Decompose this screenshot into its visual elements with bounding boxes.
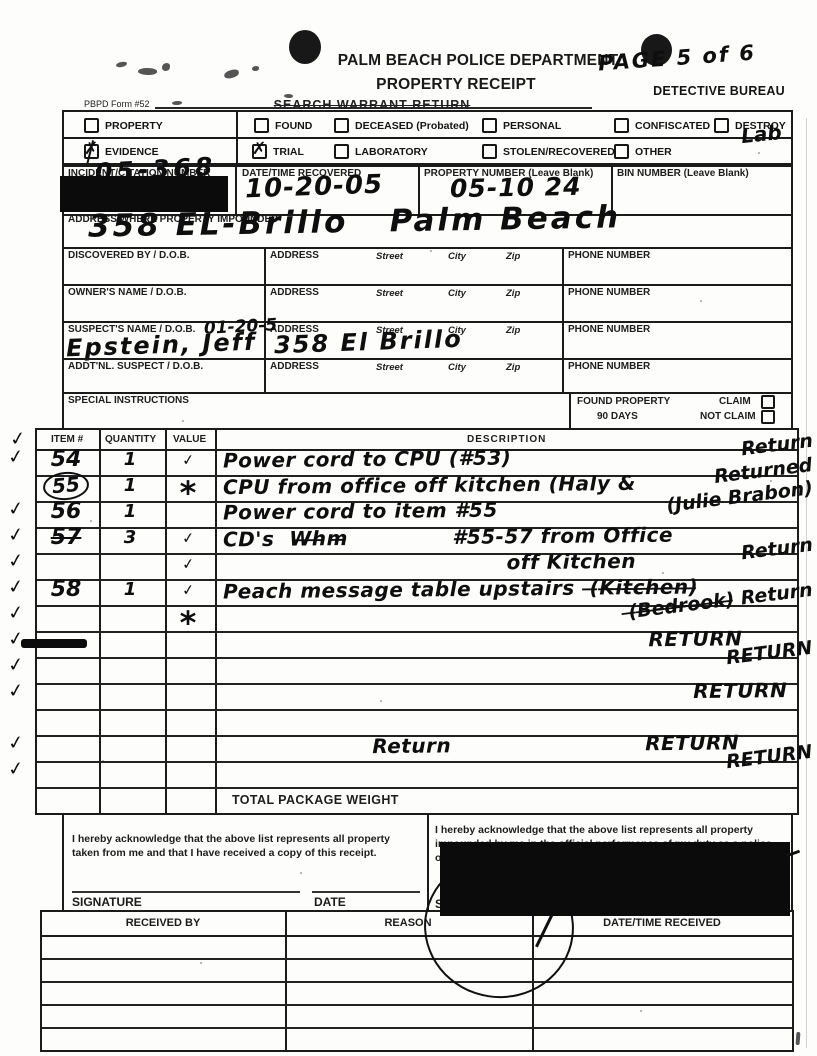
value-cell: ✓ <box>163 447 213 473</box>
checkbox-icon <box>714 118 729 133</box>
bureau-label: DETECTIVE BUREAU <box>585 84 785 98</box>
item-number-value: 55 <box>42 470 90 502</box>
zip-sublabel: Zip <box>506 288 520 299</box>
zip-sublabel: Zip <box>506 325 520 336</box>
phone-number-label: PHONE NUMBER <box>568 287 650 298</box>
quantity-value: 1 <box>124 451 137 469</box>
value-col-header: VALUE <box>173 434 206 445</box>
quantity-value: 1 <box>124 477 137 495</box>
scan-smudge <box>116 61 128 67</box>
ninety-days-label: 90 DAYS <box>597 411 638 422</box>
quantity-cell: 1 <box>97 447 163 473</box>
col-divider <box>264 358 266 392</box>
margin-check-icon: ✓ <box>7 681 25 702</box>
person-row-label: ADDT'NL. SUSPECT / D.O.B. <box>68 361 203 372</box>
redaction-box-officer-signature <box>440 842 790 916</box>
persons-grid: DISCOVERED BY / D.O.B.ADDRESSStreetCityZ… <box>62 247 793 394</box>
received-row-line <box>42 1027 792 1029</box>
quantity-cell: 3 <box>97 525 163 551</box>
classification-option: CONFISCATED <box>614 118 710 133</box>
signature-label: SIGNATURE <box>72 895 142 909</box>
checkbox-label: CONFISCATED <box>635 120 710 132</box>
quantity-cell: 1 <box>97 499 163 525</box>
claim-checkbox <box>761 395 775 409</box>
row-divider <box>64 321 791 323</box>
item-number-cell: 56 <box>35 499 97 525</box>
item-number-value: 57 <box>51 527 82 549</box>
col-divider <box>562 284 564 321</box>
person-row-label: DISCOVERED BY / D.O.B. <box>68 250 190 261</box>
quantity-value: 1 <box>124 581 137 599</box>
checkbox-icon <box>84 144 99 159</box>
checkbox-icon <box>252 144 267 159</box>
item-number-value: 54 <box>51 449 82 471</box>
description-value: RETURN <box>223 628 743 653</box>
margin-check-icon: ✓ <box>7 525 25 546</box>
quantity-cell: 1 <box>97 577 163 603</box>
value-cell: ✓ <box>163 551 213 577</box>
lab-handwritten-note: Lab <box>740 122 782 146</box>
city-sublabel: City <box>448 362 466 373</box>
special-instructions-row: SPECIAL INSTRUCTIONS FOUND PROPERTY 90 D… <box>62 392 793 430</box>
scanned-property-receipt-page: PALM BEACH POLICE DEPARTMENT PROPERTY RE… <box>0 0 817 1056</box>
address-label: ADDRESS <box>270 361 319 372</box>
person-row-label: OWNER'S NAME / D.O.B. <box>68 287 187 298</box>
not-claim-label: NOT CLAIM <box>700 411 756 422</box>
row-divider <box>64 358 791 360</box>
checkbox-label: PROPERTY <box>105 120 163 132</box>
item-table-row: ✓*(̶B̶e̶d̶r̶o̶o̶k̶)̶ Return <box>35 603 795 629</box>
item-number-value: 58 <box>51 579 82 601</box>
item-table-row: ✓573✓CD's W̶h̶m̶ #55-57 from Office <box>35 525 795 551</box>
redaction-box-incident-number <box>60 176 228 212</box>
margin-check-icon: ✓ <box>7 603 25 624</box>
scan-smudge <box>162 63 170 71</box>
description-cell: CD's W̶h̶m̶ #55-57 from Office <box>213 525 795 551</box>
street-sublabel: Street <box>376 251 403 262</box>
quantity-value: 1 <box>124 503 137 521</box>
form-number-label: PBPD Form #52 <box>84 99 150 109</box>
description-value: Power cord to item #55 <box>223 500 498 523</box>
zip-sublabel: Zip <box>506 362 520 373</box>
description-cell <box>213 759 795 785</box>
description-value: CD's W̶h̶m̶ #55-57 from Office <box>223 525 673 550</box>
quantity-value: 3 <box>124 529 137 547</box>
received-row-line <box>42 1004 792 1006</box>
checkbox-label: STOLEN/RECOVERED <box>503 146 615 158</box>
value-cell: * <box>163 473 213 499</box>
margin-check-icon: ✓ <box>7 577 25 598</box>
description-value: Return RETURN <box>223 732 739 757</box>
item-table-row: ✓ RETURN <box>35 629 795 655</box>
classification-option: PROPERTY <box>84 118 163 133</box>
classification-option: STOLEN/RECOVERED <box>482 144 615 159</box>
col-divider <box>264 247 266 284</box>
item-table-row: ✓541✓Power cord to CPU (#53)Return <box>35 447 795 473</box>
checkbox-icon <box>254 118 269 133</box>
classification-option: FOUND <box>254 118 312 133</box>
check-mark-icon: ✓ <box>181 528 195 547</box>
checkbox-label: FOUND <box>275 120 312 132</box>
margin-check-icon: ✓ <box>7 499 25 520</box>
item-table-row: ✓561Power cord to item #55(Julie Brabon) <box>35 499 795 525</box>
row-divider <box>64 284 791 286</box>
value-cell: ✓ <box>163 525 213 551</box>
item-row-line <box>37 787 797 789</box>
description-cell: Power cord to CPU (#53) <box>213 447 795 473</box>
city-sublabel: City <box>448 288 466 299</box>
classification-option: OTHER <box>614 144 672 159</box>
page-number-note: PAGE 5 of 6 <box>597 43 756 75</box>
checkbox-label: LABORATORY <box>355 146 428 158</box>
person-row: OWNER'S NAME / D.O.B.ADDRESSStreetCityZi… <box>64 284 791 321</box>
classification-option: LABORATORY <box>334 144 428 159</box>
checkbox-label: DECEASED (Probated) <box>355 120 469 132</box>
street-sublabel: Street <box>376 362 403 373</box>
description-cell: off Kitchen <box>213 551 795 577</box>
item-table-row <box>35 707 795 733</box>
col-divider <box>562 247 564 284</box>
checkbox-icon <box>614 144 629 159</box>
col-divider <box>562 321 564 358</box>
zip-sublabel: Zip <box>506 251 520 262</box>
not-claim-checkbox <box>761 410 775 424</box>
black-streak-mark <box>21 639 87 648</box>
found-property-label: FOUND PROPERTY <box>577 396 670 407</box>
received-row-line <box>42 981 792 983</box>
item-table-row: ✓✓ off KitchenReturn <box>35 551 795 577</box>
check-mark-icon: ✓ <box>181 554 195 573</box>
item-number-value: 56 <box>51 501 82 523</box>
received-table: RECEIVED BY REASON DATE/TIME RECEIVED <box>40 910 794 1052</box>
checkbox-label: PERSONAL <box>503 120 561 132</box>
col-divider <box>562 358 564 392</box>
description-cell: RETURN <box>213 629 795 655</box>
description-cell: RETURN <box>213 681 795 707</box>
person-row: DISCOVERED BY / D.O.B.ADDRESSStreetCityZ… <box>64 247 791 284</box>
date-recovered-value: 10-20-05 <box>245 172 384 203</box>
address-label: ADDRESS <box>270 250 319 261</box>
description-col-header: DESCRIPTION <box>467 434 546 445</box>
person-address-value: 358 El Brillo <box>274 327 463 358</box>
checkbox-icon <box>482 118 497 133</box>
description-value: RETURN <box>223 680 787 706</box>
item-number-cell: 57 <box>35 525 97 551</box>
person-row: SUSPECT'S NAME / D.O.B.ADDRESSStreetCity… <box>64 321 791 358</box>
checkbox-icon <box>482 144 497 159</box>
person-name-value: Epstein, Jeff <box>66 330 257 361</box>
value-cell: ✓ <box>163 577 213 603</box>
date-label: DATE <box>314 895 346 909</box>
item-table-row: ✓ Return RETURN <box>35 733 795 759</box>
property-number-value: 05-10 24 <box>450 174 582 201</box>
check-mark-icon: ✓ <box>181 450 195 469</box>
value-cell: * <box>163 603 213 629</box>
item-table-row: ✓RETURN <box>35 759 795 785</box>
checkbox-icon <box>614 118 629 133</box>
item-number-cell: 58 <box>35 577 97 603</box>
owner-acknowledgment-text: I hereby acknowledge that the above list… <box>72 832 408 860</box>
quantity-col-header: QUANTITY <box>105 434 156 445</box>
item-number-cell: 55 <box>35 473 97 499</box>
bin-number-label: BIN NUMBER (Leave Blank) <box>617 168 749 179</box>
description-value: CPU from office off kitchen (Haly & <box>223 473 636 497</box>
description-cell <box>213 707 795 733</box>
margin-check-icon: ✓ <box>7 655 25 676</box>
item-col-header: ITEM # <box>51 434 83 445</box>
margin-check-icon: ✓ <box>7 733 25 754</box>
claim-label: CLAIM <box>719 396 751 407</box>
person-row: ADDT'NL. SUSPECT / D.O.B.ADDRESSStreetCi… <box>64 358 791 392</box>
check-mark-icon: ✓ <box>181 580 195 599</box>
scan-smudge <box>172 101 182 105</box>
checkbox-icon <box>84 118 99 133</box>
quantity-cell: 1 <box>97 473 163 499</box>
margin-check-icon: ✓ <box>7 759 25 780</box>
checkbox-label: TRIAL <box>273 146 304 158</box>
phone-number-label: PHONE NUMBER <box>568 250 650 261</box>
classification-option: PERSONAL <box>482 118 561 133</box>
checkbox-icon <box>334 144 349 159</box>
phone-number-label: PHONE NUMBER <box>568 324 650 335</box>
checkbox-label: OTHER <box>635 146 672 158</box>
description-value: Power cord to CPU (#53) <box>223 447 512 470</box>
description-cell: Return RETURN <box>213 733 795 759</box>
description-value: Peach message table upstairs (̶K̶i̶t̶c̶h… <box>223 577 698 602</box>
description-cell <box>213 655 795 681</box>
city-sublabel: City <box>448 251 466 262</box>
scan-smudge <box>796 1032 801 1045</box>
received-by-header: RECEIVED BY <box>126 917 201 929</box>
special-instructions-label: SPECIAL INSTRUCTIONS <box>68 395 189 406</box>
total-package-weight-label: TOTAL PACKAGE WEIGHT <box>232 793 399 807</box>
date-time-received-header: DATE/TIME RECEIVED <box>603 917 721 929</box>
description-value: off Kitchen <box>223 551 636 575</box>
address-label: ADDRESS <box>270 287 319 298</box>
received-row-line <box>42 958 792 960</box>
classification-option: DECEASED (Probated) <box>334 118 469 133</box>
classification-option: TRIAL <box>252 144 304 159</box>
scan-smudge <box>138 67 157 75</box>
margin-check-icon: ✓ <box>9 429 27 450</box>
checkbox-icon <box>334 118 349 133</box>
phone-number-label: PHONE NUMBER <box>568 361 650 372</box>
item-table-row: ✓ RETURN <box>35 681 795 707</box>
item-number-cell: 54 <box>35 447 97 473</box>
item-table-row: ✓RETURN <box>35 655 795 681</box>
street-sublabel: Street <box>376 288 403 299</box>
margin-check-icon: ✓ <box>7 551 25 572</box>
